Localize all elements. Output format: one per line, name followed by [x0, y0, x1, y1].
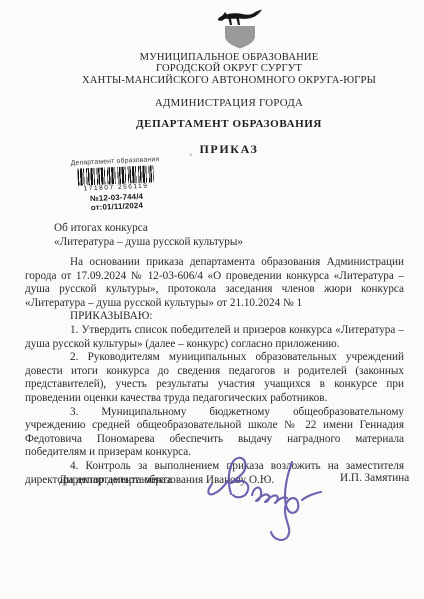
org-line-1: МУНИЦИПАЛЬНОЕ ОБРАЗОВАНИЕ — [34, 52, 424, 63]
document-type-title: ПРИКАЗ — [34, 142, 424, 157]
scanned-order-page: { "colors": { "paper": "#fbfbf9", "ink":… — [0, 0, 424, 599]
registration-stamp: Департамент образования 171807 256119 №1… — [63, 156, 169, 213]
order-subject: Об итогах конкурса «Литература – душа ру… — [54, 221, 354, 250]
signatory-name: И.П. Замятина — [340, 472, 409, 484]
administration-line: АДМИНИСТРАЦИЯ ГОРОДА — [34, 97, 424, 109]
subject-line-2: «Литература – душа русской культуры» — [54, 235, 354, 249]
order-word: ПРИКАЗЫВАЮ: — [25, 310, 404, 324]
signatory-title: Директор департамента — [59, 474, 172, 486]
preamble-paragraph: На основании приказа департамента образо… — [25, 256, 404, 310]
org-line-2: ГОРОДСКОЙ ОКРУГ СУРГУТ — [34, 63, 424, 74]
fox-shape — [218, 10, 262, 26]
subject-line-1: Об итогах конкурса — [54, 221, 354, 235]
org-line-3: ХАНТЫ-МАНСИЙСКОГО АВТОНОМНОГО ОКРУГА-ЮГР… — [34, 75, 424, 86]
department-line: ДЕПАРТАМЕНТ ОБРАЗОВАНИЯ — [34, 118, 424, 130]
order-item-2: 2. Руководителям муниципальных образоват… — [25, 351, 404, 405]
shield-shape — [225, 26, 255, 49]
order-item-1: 1. Утвердить список победителей и призер… — [25, 324, 404, 351]
letterhead-org: МУНИЦИПАЛЬНОЕ ОБРАЗОВАНИЕ ГОРОДСКОЙ ОКРУ… — [34, 52, 424, 86]
handwritten-signature — [205, 448, 327, 548]
surgut-fox-emblem-icon — [216, 8, 264, 54]
